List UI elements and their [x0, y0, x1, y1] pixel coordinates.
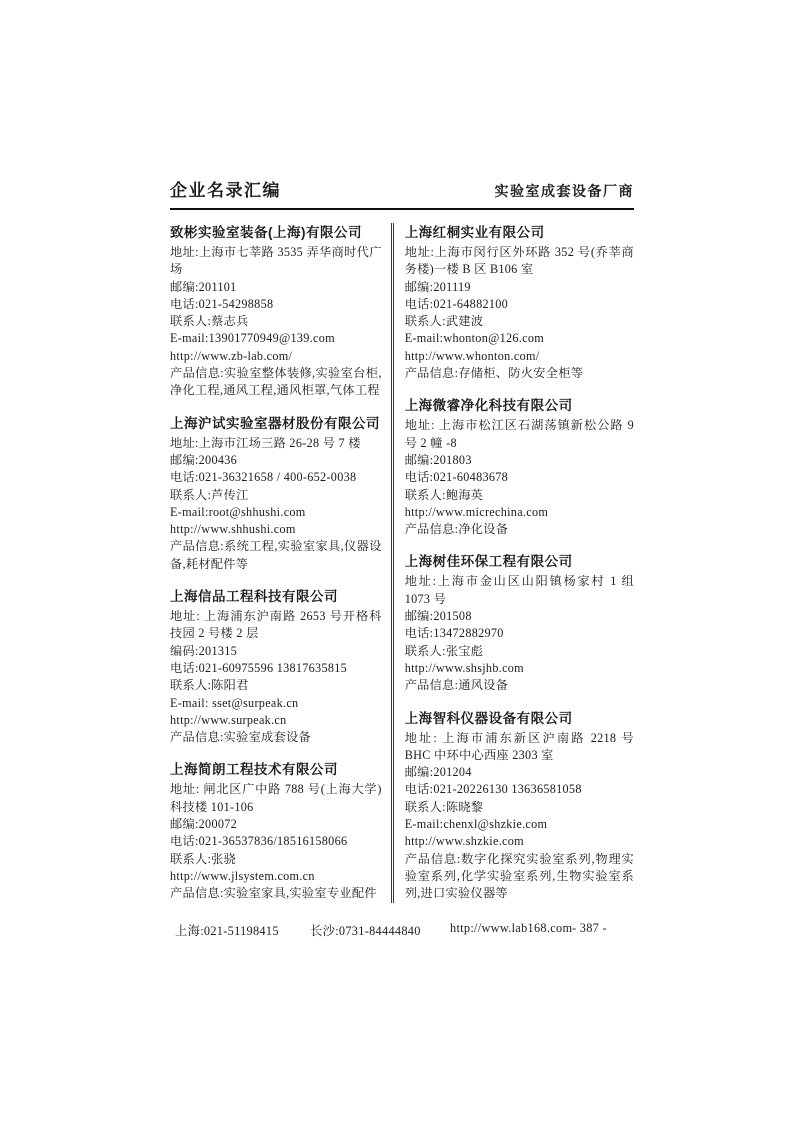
- company-detail-line: 联系人:武建波: [405, 313, 634, 330]
- company-detail-line: 邮编:201204: [405, 764, 634, 781]
- company-name: 上海树佳环保工程有限公司: [405, 552, 634, 571]
- company-detail-line: 地址: 上海浦东沪南路 2653 号开格科技园 2 号楼 2 层: [170, 608, 382, 643]
- company-detail-line: 电话:021-36321658 / 400-652-0038: [170, 469, 382, 486]
- company-detail-line: 邮编:201508: [405, 608, 634, 625]
- company-entry: 上海简朗工程技术有限公司 地址: 闸北区广中路 788 号(上海大学)科技楼 1…: [170, 760, 382, 902]
- company-detail-line: 产品信息:实验室整体装修,实验室台柜,净化工程,通风工程,通风柜罩,气体工程: [170, 365, 382, 400]
- company-detail-line: 电话:021-54298858: [170, 296, 382, 313]
- company-detail-line: 邮编:201803: [405, 452, 634, 469]
- company-lines: 地址: 上海市浦东新区沪南路 2218 号 BHC 中环中心西座 2303 室邮…: [405, 730, 634, 903]
- company-detail-line: 联系人:芦传江: [170, 487, 382, 504]
- company-name: 上海红桐实业有限公司: [405, 223, 634, 242]
- company-name: 上海智科仪器设备有限公司: [405, 709, 634, 728]
- company-detail-line: 电话:021-60975596 13817635815: [170, 660, 382, 677]
- directory-columns: 致彬实验室装备(上海)有限公司 地址:上海市七莘路 3535 弄华商时代广场邮编…: [170, 223, 634, 903]
- company-detail-line: 联系人:陈阳君: [170, 677, 382, 694]
- company-detail-line: 产品信息:实验室家具,实验室专业配件: [170, 885, 382, 902]
- company-detail-line: 产品信息:实验室成套设备: [170, 729, 382, 746]
- company-detail-line: 地址:上海市闵行区外环路 352 号(乔莘商务楼)一楼 B 区 B106 室: [405, 244, 634, 279]
- footer-shanghai-phone: 上海:021-51198415: [170, 921, 310, 939]
- page-header: 企业名录汇编 实验室成套设备厂商: [170, 176, 634, 210]
- company-detail-line: http://www.micrechina.com: [405, 504, 634, 521]
- company-entry: 上海树佳环保工程有限公司 地址:上海市金山区山阳镇杨家村 1 组 1073 号邮…: [405, 552, 634, 694]
- company-entry: 上海微睿净化科技有限公司 地址: 上海市松江区石湖荡镇新松公路 9 号 2 幢 …: [405, 396, 634, 538]
- company-lines: 地址:上海市江场三路 26-28 号 7 楼邮编:200436电话:021-36…: [170, 435, 382, 573]
- company-detail-line: http://www.surpeak.cn: [170, 712, 382, 729]
- company-detail-line: http://www.whonton.com/: [405, 348, 634, 365]
- company-detail-line: http://www.shzkie.com: [405, 833, 634, 850]
- company-detail-line: 地址: 上海市浦东新区沪南路 2218 号 BHC 中环中心西座 2303 室: [405, 730, 634, 765]
- company-lines: 地址: 闸北区广中路 788 号(上海大学)科技楼 101-106邮编:2000…: [170, 781, 382, 902]
- directory-page: 企业名录汇编 实验室成套设备厂商 致彬实验室装备(上海)有限公司 地址:上海市七…: [170, 176, 634, 939]
- right-column: 上海红桐实业有限公司 地址:上海市闵行区外环路 352 号(乔莘商务楼)一楼 B…: [391, 223, 634, 903]
- company-entry: 致彬实验室装备(上海)有限公司 地址:上海市七莘路 3535 弄华商时代广场邮编…: [170, 223, 382, 400]
- company-detail-line: 地址: 上海市松江区石湖荡镇新松公路 9 号 2 幢 -8: [405, 417, 634, 452]
- company-detail-line: E-mail:root@shhushi.com: [170, 504, 382, 521]
- page-number: - 387 -: [572, 921, 607, 939]
- company-detail-line: 电话:021-64882100: [405, 296, 634, 313]
- left-column: 致彬实验室装备(上海)有限公司 地址:上海市七莘路 3535 弄华商时代广场邮编…: [170, 223, 382, 903]
- directory-title: 企业名录汇编: [170, 176, 281, 201]
- company-detail-line: http://www.shhushi.com: [170, 521, 382, 538]
- company-detail-line: http://www.jlsystem.com.cn: [170, 868, 382, 885]
- company-detail-line: http://www.shsjhb.com: [405, 660, 634, 677]
- page-footer: 上海:021-51198415 长沙:0731-84444840 http://…: [170, 921, 634, 939]
- company-detail-line: 电话:021-36537836/18516158066: [170, 833, 382, 850]
- company-lines: 地址: 上海浦东沪南路 2653 号开格科技园 2 号楼 2 层编码:20131…: [170, 608, 382, 746]
- company-detail-line: 产品信息:净化设备: [405, 521, 634, 538]
- company-entry: 上海智科仪器设备有限公司 地址: 上海市浦东新区沪南路 2218 号 BHC 中…: [405, 709, 634, 903]
- company-lines: 地址:上海市闵行区外环路 352 号(乔莘商务楼)一楼 B 区 B106 室邮编…: [405, 244, 634, 382]
- company-detail-line: 联系人:张骁: [170, 851, 382, 868]
- company-detail-line: http://www.zb-lab.com/: [170, 348, 382, 365]
- company-detail-line: E-mail:whonton@126.com: [405, 330, 634, 347]
- footer-changsha-phone: 长沙:0731-84444840: [310, 921, 450, 939]
- company-lines: 地址:上海市七莘路 3535 弄华商时代广场邮编:201101电话:021-54…: [170, 244, 382, 400]
- company-entry: 上海沪试实验室器材股份有限公司 地址:上海市江场三路 26-28 号 7 楼邮编…: [170, 414, 382, 573]
- company-detail-line: 电话:021-60483678: [405, 469, 634, 486]
- company-detail-line: 地址:上海市金山区山阳镇杨家村 1 组 1073 号: [405, 573, 634, 608]
- company-name: 上海简朗工程技术有限公司: [170, 760, 382, 779]
- section-title: 实验室成套设备厂商: [495, 181, 635, 201]
- company-name: 致彬实验室装备(上海)有限公司: [170, 223, 382, 242]
- company-detail-line: 联系人:陈晓黎: [405, 799, 634, 816]
- company-detail-line: 联系人:鲍海英: [405, 487, 634, 504]
- company-detail-line: 地址:上海市江场三路 26-28 号 7 楼: [170, 435, 382, 452]
- company-detail-line: 邮编:201119: [405, 279, 634, 296]
- company-lines: 地址:上海市金山区山阳镇杨家村 1 组 1073 号邮编:201508电话:13…: [405, 573, 634, 694]
- company-detail-line: E-mail:13901770949@139.com: [170, 330, 382, 347]
- company-detail-line: 联系人:张宝彪: [405, 643, 634, 660]
- company-detail-line: 地址: 闸北区广中路 788 号(上海大学)科技楼 101-106: [170, 781, 382, 816]
- company-detail-line: 电话:13472882970: [405, 625, 634, 642]
- company-entry: 上海红桐实业有限公司 地址:上海市闵行区外环路 352 号(乔莘商务楼)一楼 B…: [405, 223, 634, 382]
- company-detail-line: 产品信息:数字化探究实验室系列,物理实验室系列,化学实验室系列,生物实验室系列,…: [405, 851, 634, 903]
- company-detail-line: E-mail:chenxl@shzkie.com: [405, 816, 634, 833]
- company-name: 上海微睿净化科技有限公司: [405, 396, 634, 415]
- company-entry: 上海信品工程科技有限公司 地址: 上海浦东沪南路 2653 号开格科技园 2 号…: [170, 587, 382, 746]
- company-detail-line: 联系人:蔡志兵: [170, 313, 382, 330]
- company-detail-line: 产品信息:系统工程,实验室家具,仪器设备,耗材配件等: [170, 538, 382, 573]
- company-detail-line: 产品信息:通风设备: [405, 677, 634, 694]
- company-detail-line: 邮编:200436: [170, 452, 382, 469]
- company-detail-line: 邮编:200072: [170, 816, 382, 833]
- footer-website: http://www.lab168.com: [450, 921, 572, 939]
- company-lines: 地址: 上海市松江区石湖荡镇新松公路 9 号 2 幢 -8邮编:201803电话…: [405, 417, 634, 538]
- company-detail-line: 产品信息:存储柜、防火安全柜等: [405, 365, 634, 382]
- company-detail-line: 编码:201315: [170, 643, 382, 660]
- company-name: 上海信品工程科技有限公司: [170, 587, 382, 606]
- company-detail-line: 电话:021-20226130 13636581058: [405, 781, 634, 798]
- company-detail-line: E-mail: sset@surpeak.cn: [170, 695, 382, 712]
- company-detail-line: 地址:上海市七莘路 3535 弄华商时代广场: [170, 244, 382, 279]
- company-detail-line: 邮编:201101: [170, 279, 382, 296]
- company-name: 上海沪试实验室器材股份有限公司: [170, 414, 382, 433]
